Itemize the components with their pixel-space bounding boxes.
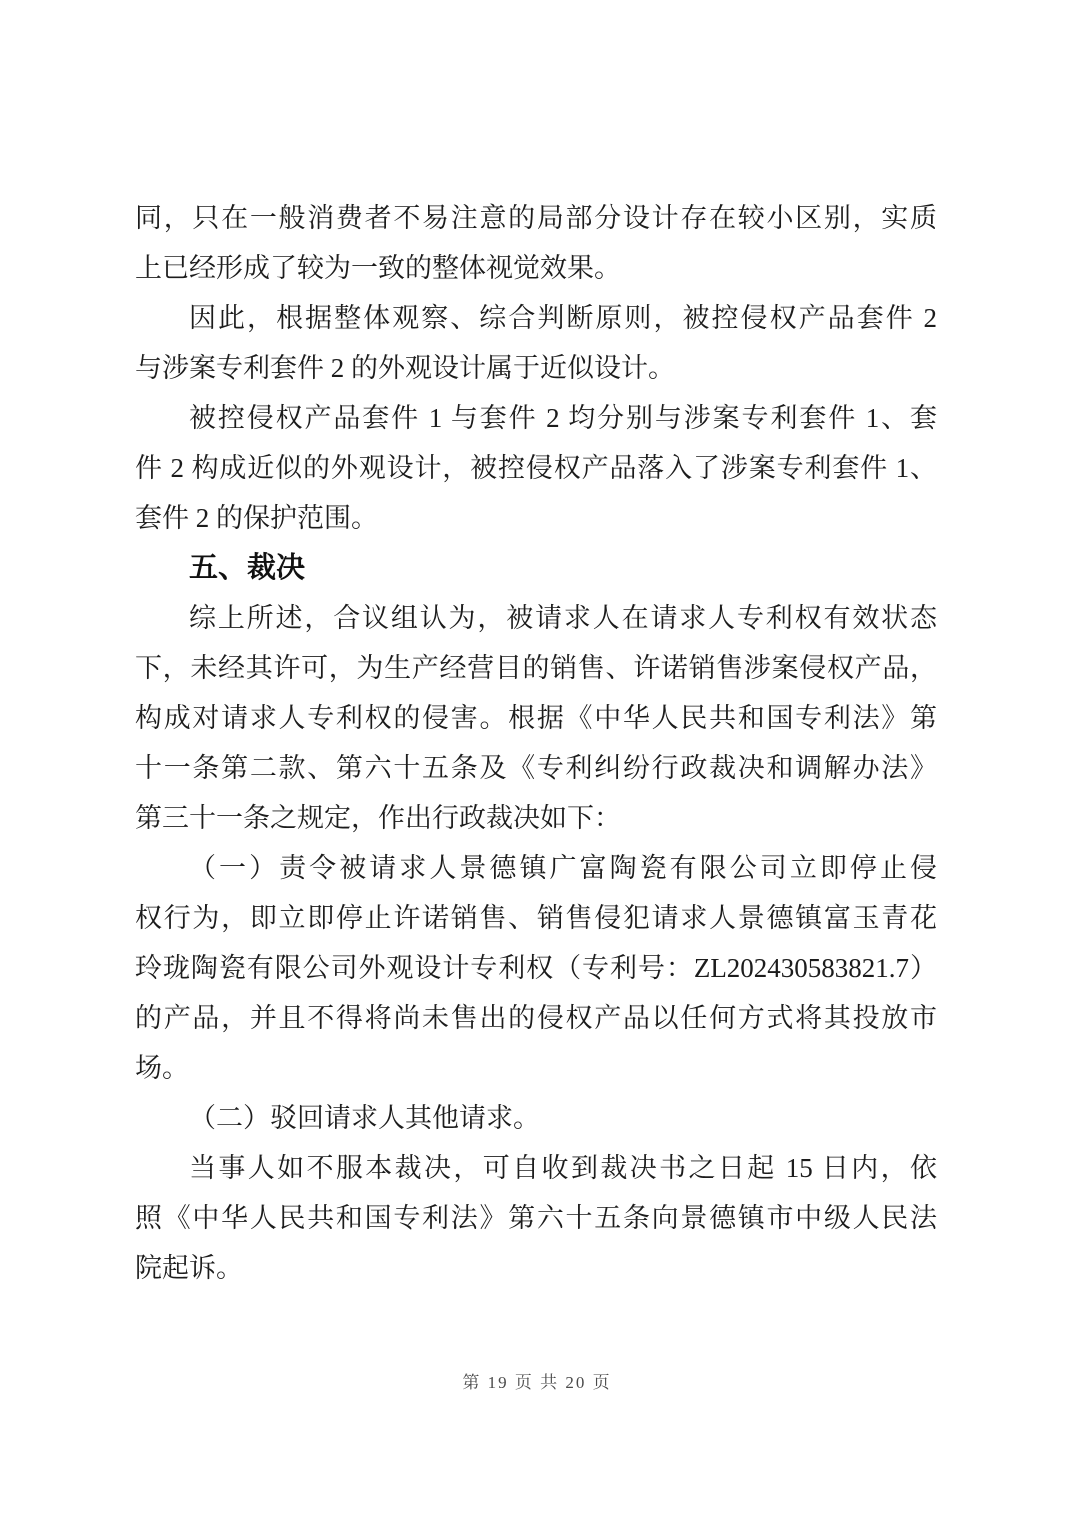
doc-line: 与涉案专利套件 2 的外观设计属于近似设计。 bbox=[135, 343, 937, 393]
doc-line: 件 2 构成近似的外观设计，被控侵权产品落入了涉案专利套件 1、 bbox=[135, 443, 937, 493]
doc-line: 上已经形成了较为一致的整体视觉效果。 bbox=[135, 243, 937, 293]
doc-line: 第三十一条之规定，作出行政裁决如下： bbox=[135, 793, 937, 843]
page-number: 第 19 页 共 20 页 bbox=[462, 1373, 611, 1392]
doc-line: 照《中华人民共和国专利法》第六十五条向景德镇市中级人民法 bbox=[135, 1193, 937, 1243]
doc-line: 当事人如不服本裁决，可自收到裁决书之日起 15 日内，依 bbox=[135, 1143, 937, 1193]
doc-line: 五、裁决 bbox=[135, 543, 937, 593]
doc-line: 构成对请求人专利权的侵害。根据《中华人民共和国专利法》第 bbox=[135, 693, 937, 743]
doc-line: 下，未经其许可，为生产经营目的销售、许诺销售涉案侵权产品， bbox=[135, 643, 937, 693]
doc-line: 综上所述，合议组认为，被请求人在请求人专利权有效状态 bbox=[135, 593, 937, 643]
doc-line: 因此，根据整体观察、综合判断原则，被控侵权产品套件 2 bbox=[135, 293, 937, 343]
doc-line: 十一条第二款、第六十五条及《专利纠纷行政裁决和调解办法》 bbox=[135, 743, 937, 793]
doc-line: 玲珑陶瓷有限公司外观设计专利权（专利号：ZL202430583821.7） bbox=[135, 943, 937, 993]
doc-line: 被控侵权产品套件 1 与套件 2 均分别与涉案专利套件 1、套 bbox=[135, 393, 937, 443]
doc-line: 场。 bbox=[135, 1043, 937, 1093]
doc-line: 同，只在一般消费者不易注意的局部分设计存在较小区别，实质 bbox=[135, 193, 937, 243]
doc-line: 权行为，即立即停止许诺销售、销售侵犯请求人景德镇富玉青花 bbox=[135, 893, 937, 943]
doc-line: （一）责令被请求人景德镇广富陶瓷有限公司立即停止侵 bbox=[135, 843, 937, 893]
document-page: 同，只在一般消费者不易注意的局部分设计存在较小区别，实质上已经形成了较为一致的整… bbox=[0, 0, 1074, 1520]
document-body: 同，只在一般消费者不易注意的局部分设计存在较小区别，实质上已经形成了较为一致的整… bbox=[135, 193, 937, 1293]
doc-line: 的产品，并且不得将尚未售出的侵权产品以任何方式将其投放市 bbox=[135, 993, 937, 1043]
page-footer: 第 19 页 共 20 页 bbox=[0, 1368, 1074, 1398]
doc-line: 套件 2 的保护范围。 bbox=[135, 493, 937, 543]
doc-line: （二）驳回请求人其他请求。 bbox=[135, 1093, 937, 1143]
doc-line: 院起诉。 bbox=[135, 1243, 937, 1293]
